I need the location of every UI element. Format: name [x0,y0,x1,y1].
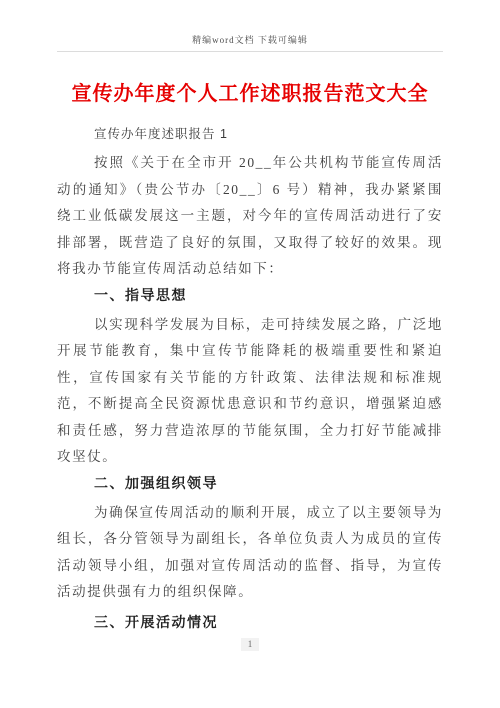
intro-paragraph: 按照《关于在全市开 20__年公共机构节能宣传周活动的通知》（贵公节办〔20__… [57,150,443,283]
page-footer: 1 [0,634,500,652]
section-body-strengthen-leadership: 为确保宣传周活动的顺利开展，成立了以主要领导为组长，各分管领导为副组长，各单位负… [57,500,443,606]
page-number: 1 [241,638,259,651]
report-subtitle: 宣传办年度述职报告 1 [57,126,443,142]
document-title: 宣传办年度个人工作述职报告范文大全 [57,79,443,109]
section-body-guiding-ideology: 以实现科学发展为目标，走可持续发展之路，广泛地开展节能教育，集中宣传节能降耗的极… [57,312,443,471]
document-header: 精编word文档 下载可编辑 [57,0,443,46]
header-divider [57,51,443,52]
section-heading-guiding-ideology: 一、指导思想 [57,286,443,304]
header-note: 精编word文档 下载可编辑 [192,35,308,45]
section-heading-activities: 三、开展活动情况 [57,613,443,631]
document-page: 精编word文档 下载可编辑 宣传办年度个人工作述职报告范文大全 宣传办年度述职… [0,0,500,708]
section-heading-strengthen-leadership: 二、加强组织领导 [57,474,443,492]
